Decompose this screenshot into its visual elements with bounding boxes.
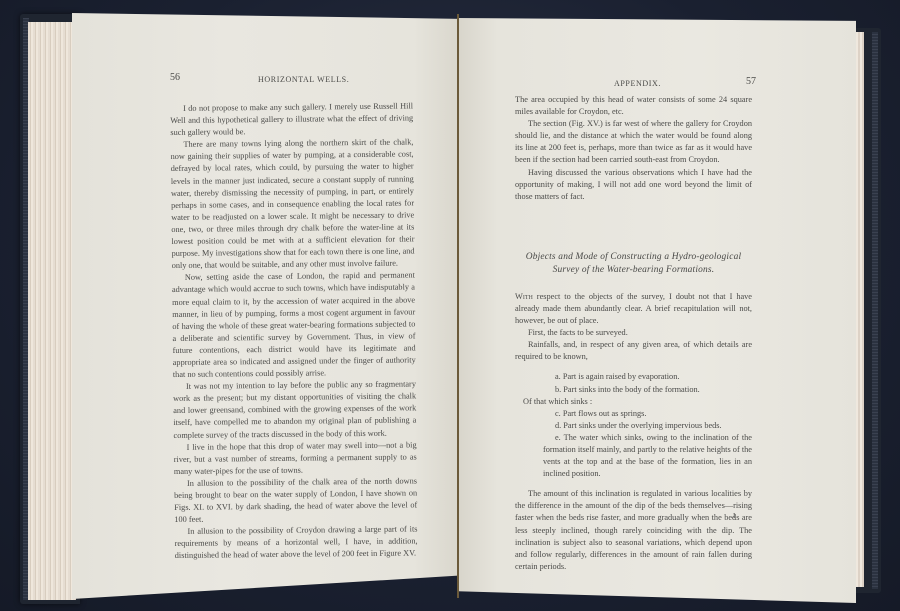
enumerated-list: a. Part is again raised by evaporation. … <box>515 371 752 480</box>
right-page-body: The area occupied by this head of water … <box>515 94 752 573</box>
right-page-number: 57 <box>746 76 756 87</box>
left-page-body: I do not propose to make any such galler… <box>170 100 418 562</box>
signature-mark: I <box>733 512 735 520</box>
paragraph: I live in the hope that this drop of wat… <box>174 439 417 478</box>
list-subheading: Of that which sinks : <box>515 396 752 408</box>
paragraph: It was not my intention to lay before th… <box>173 379 417 442</box>
paragraph: The amount of this inclination is regula… <box>515 488 752 573</box>
paragraph: In allusion to the possibility of the ch… <box>174 475 417 526</box>
paragraph: There are many towns lying along the nor… <box>170 137 414 273</box>
list-item-d: d. Part sinks under the overlying imperv… <box>515 420 752 432</box>
list-item-b: b. Part sinks into the body of the forma… <box>515 384 752 396</box>
section-heading: Objects and Mode of Constructing a Hydro… <box>515 251 752 277</box>
paragraph: Having discussed the various observation… <box>515 167 752 203</box>
section-heading-line-2: Survey of the Water-bearing Formations. <box>515 264 752 277</box>
paragraph: Now, setting aside the case of London, t… <box>172 270 416 381</box>
right-running-head: APPENDIX. <box>614 79 661 88</box>
left-page-number: 56 <box>170 72 180 83</box>
paragraph: Rainfalls, and, in respect of any given … <box>515 339 752 363</box>
list-item-e: e. The water which sinks, owing to the i… <box>515 432 752 480</box>
page-edges-left <box>28 22 76 600</box>
paragraph: The area occupied by this head of water … <box>515 94 752 118</box>
list-item-a: a. Part is again raised by evaporation. <box>515 371 752 383</box>
section-heading-line-1: Objects and Mode of Constructing a Hydro… <box>515 251 752 264</box>
paragraph: In allusion to the possibility of Croydo… <box>174 524 417 563</box>
left-running-head: HORIZONTAL WELLS. <box>258 75 349 84</box>
paragraph: First, the facts to be surveyed. <box>515 327 752 339</box>
drop-word: With <box>515 292 533 301</box>
list-item-c: c. Part flows out as springs. <box>515 408 752 420</box>
paragraph: The section (Fig. XV.) is far west of wh… <box>515 118 752 166</box>
paragraph: With respect to the objects of the surve… <box>515 291 752 327</box>
book-gutter <box>457 14 459 598</box>
paragraph: I do not propose to make any such galler… <box>170 100 413 139</box>
